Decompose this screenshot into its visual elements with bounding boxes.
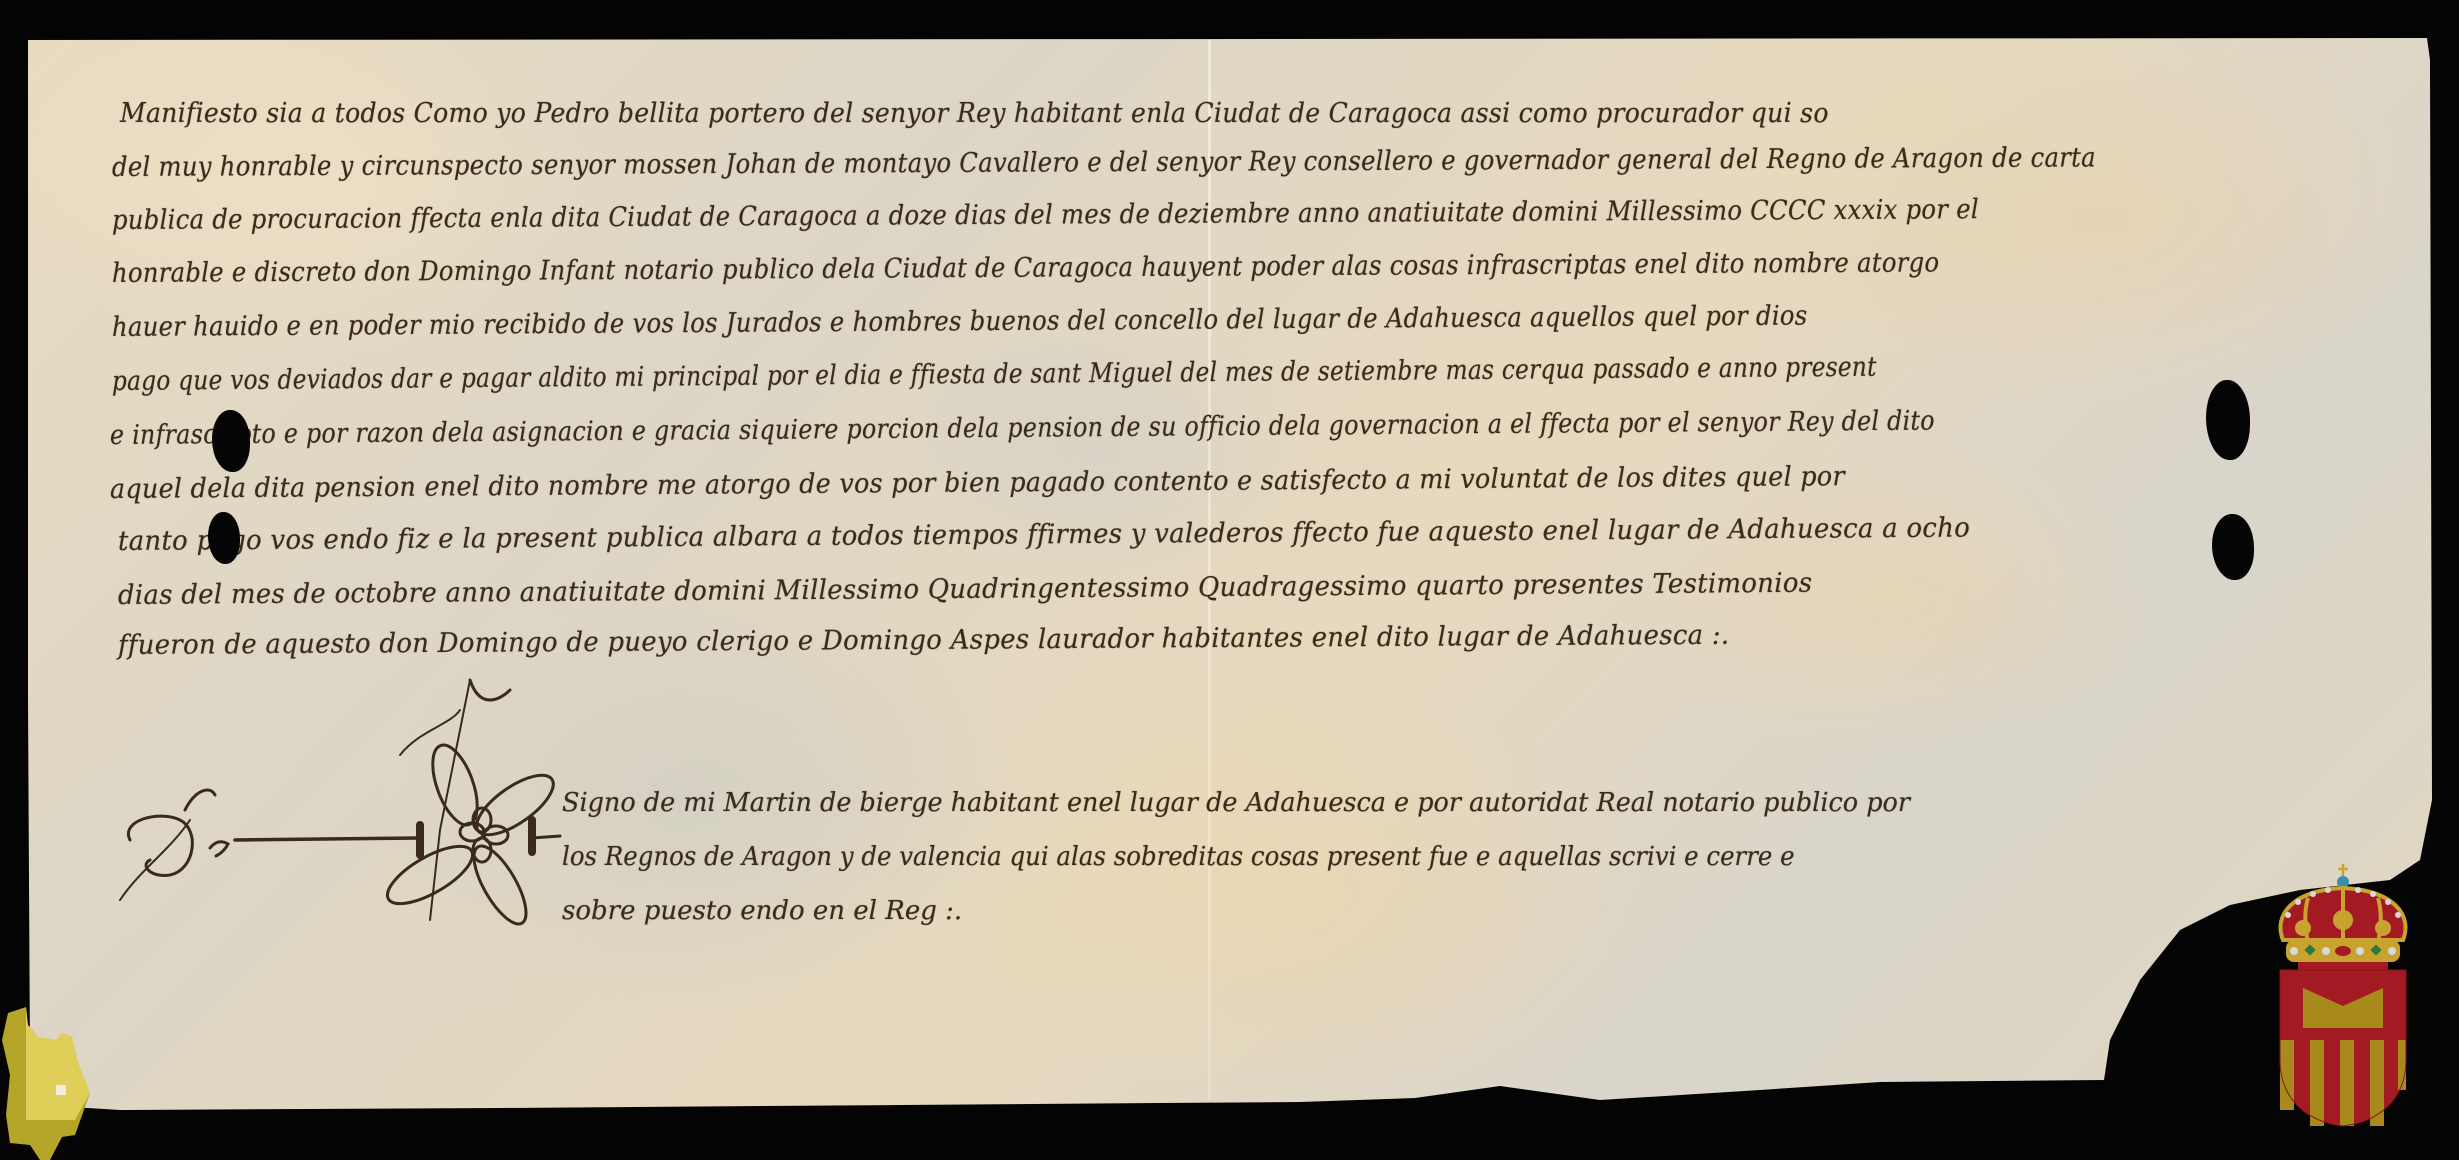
parchment-hole — [2206, 380, 2250, 460]
subscription-line-1: Signo de mi Martin de bierge habitant en… — [562, 788, 1910, 818]
parchment-hole — [2212, 514, 2254, 580]
parchment-hole — [208, 512, 240, 564]
notary-signum-icon — [100, 670, 580, 930]
text-line-1: Manifiesto sia a todos Como yo Pedro bel… — [120, 98, 1829, 129]
scan-background: Manifiesto sia a todos Como yo Pedro bel… — [0, 0, 2459, 1160]
subscription-line-2: los Regnos de Aragon y de valencia qui a… — [562, 842, 1795, 872]
corner-map-logo-icon — [0, 985, 90, 1160]
parchment-hole — [212, 410, 250, 472]
subscription-line-3: sobre puesto endo en el Reg :. — [562, 896, 962, 926]
coat-of-arms-icon — [2268, 860, 2418, 1130]
